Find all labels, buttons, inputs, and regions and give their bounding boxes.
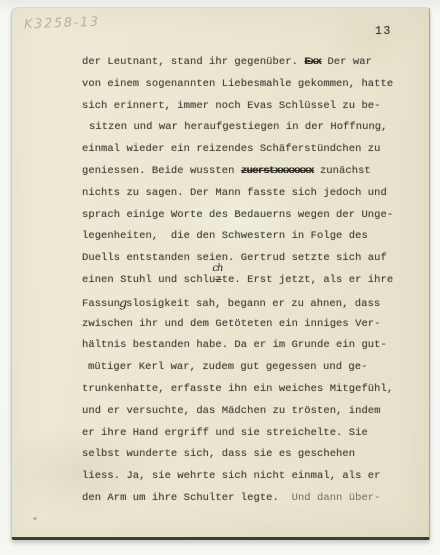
- typed-line: mütiger Kerl war, zudem gut gegessen und…: [82, 357, 426, 379]
- typed-line: von einem sogenannten Liebesmahle gekomm…: [82, 74, 426, 96]
- text-block: der Leutnant, stand ihr gegenüber. Exx D…: [82, 52, 426, 510]
- typed-text: Der war: [321, 56, 372, 68]
- typed-text: der Leutnant, stand ihr gegenüber.: [82, 56, 304, 68]
- faded-typed-text: Und dann über-: [292, 492, 381, 504]
- typed-text: nichts zu sagen. Der Mann fasste sich je…: [82, 187, 387, 199]
- typed-text: den Arm um ihre Schulter legte.: [82, 492, 292, 504]
- typed-text: te. Erst jetzt, als er ihre: [222, 274, 393, 286]
- typed-line: Fassungslosigkeit sah, begann er zu ahne…: [82, 292, 426, 314]
- typed-text: einen Stuhl und schlu: [82, 274, 215, 286]
- typed-line: nichts zu sagen. Der Mann fasste sich je…: [82, 183, 426, 205]
- document-scan: { "page": { "catalog_number": "K3258-13"…: [0, 0, 440, 555]
- typed-line: einen Stuhl und schluzchte. Erst jetzt, …: [82, 270, 426, 292]
- page-number: 13: [375, 25, 392, 38]
- typed-text: legenheiten, die den Schwestern in Folge…: [82, 230, 368, 242]
- typed-text: selbst wunderte sich, dass sie es gesche…: [82, 448, 355, 460]
- typed-line: trunkenhatte, erfasste ihn ein weiches M…: [82, 379, 426, 401]
- typed-text: hältnis bestanden habe. Da er im Grunde …: [82, 339, 387, 351]
- typed-text: von einem sogenannten Liebesmahle gekomm…: [82, 78, 393, 90]
- strikeout-text: zuerstxxxxxxx: [241, 165, 314, 177]
- typed-text: er ihre Hand ergriff und sie streichelte…: [82, 427, 368, 439]
- typed-text: Fassun: [82, 298, 120, 310]
- strikeout-text: Exx: [304, 56, 321, 68]
- typed-text: geniessen. Beide wussten: [82, 165, 241, 177]
- typed-text: und er versuchte, das Mädchen zu trösten…: [82, 405, 381, 417]
- typed-text: zwischen ihr und dem Getöteten ein innig…: [82, 318, 381, 330]
- typed-line: sprach einige Worte des Bedauerns wegen …: [82, 205, 426, 227]
- typed-text: einmal wieder ein reizendes Schäferstünd…: [82, 143, 381, 155]
- typed-line: sitzen und war heraufgestiegen in der Ho…: [82, 117, 426, 139]
- catalog-number-annotation: K3258-13: [24, 15, 100, 33]
- typed-text: Duells entstanden seien. Gertrud setzte …: [82, 252, 387, 264]
- paper-stain: [33, 517, 37, 520]
- typed-line: und er versuchte, das Mädchen zu trösten…: [82, 401, 426, 423]
- typed-text: zunächst: [314, 165, 371, 177]
- typed-text: liess. Ja, sie wehrte sich nicht einmal,…: [82, 470, 381, 482]
- handwritten-letters: ch: [212, 258, 222, 280]
- typed-text: slosigkeit sah, begann er zu ahnen, dass: [126, 298, 380, 310]
- typed-text: mütiger Kerl war, zudem gut gegessen und…: [88, 361, 367, 373]
- typed-text: sitzen und war heraufgestiegen in der Ho…: [89, 121, 388, 133]
- paper-page: K3258-13 13 der Leutnant, stand ihr gege…: [11, 7, 430, 540]
- typed-line: er ihre Hand ergriff und sie streichelte…: [82, 423, 426, 445]
- typed-line: zwischen ihr und dem Getöteten ein innig…: [82, 314, 426, 336]
- typed-line: geniessen. Beide wussten zuerstxxxxxxx z…: [82, 161, 426, 183]
- typed-line: hältnis bestanden habe. Da er im Grunde …: [82, 335, 426, 357]
- typed-line: selbst wunderte sich, dass sie es gesche…: [82, 444, 426, 466]
- typed-line: legenheiten, die den Schwestern in Folge…: [82, 226, 426, 248]
- typed-line: sich erinnert, immer noch Evas Schlüssel…: [82, 96, 426, 118]
- typed-text: sich erinnert, immer noch Evas Schlüssel…: [82, 100, 381, 112]
- typed-text: sprach einige Worte des Bedauerns wegen …: [82, 209, 393, 221]
- typed-line: liess. Ja, sie wehrte sich nicht einmal,…: [82, 466, 426, 488]
- typed-line: der Leutnant, stand ihr gegenüber. Exx D…: [82, 52, 426, 74]
- typed-line: den Arm um ihre Schulter legte. Und dann…: [82, 488, 426, 510]
- typed-line: Duells entstanden seien. Gertrud setzte …: [82, 248, 426, 270]
- typed-text: trunkenhatte, erfasste ihn ein weiches M…: [82, 383, 393, 395]
- handwritten-correction: zch: [215, 270, 221, 292]
- typed-line: einmal wieder ein reizendes Schäferstünd…: [82, 139, 426, 161]
